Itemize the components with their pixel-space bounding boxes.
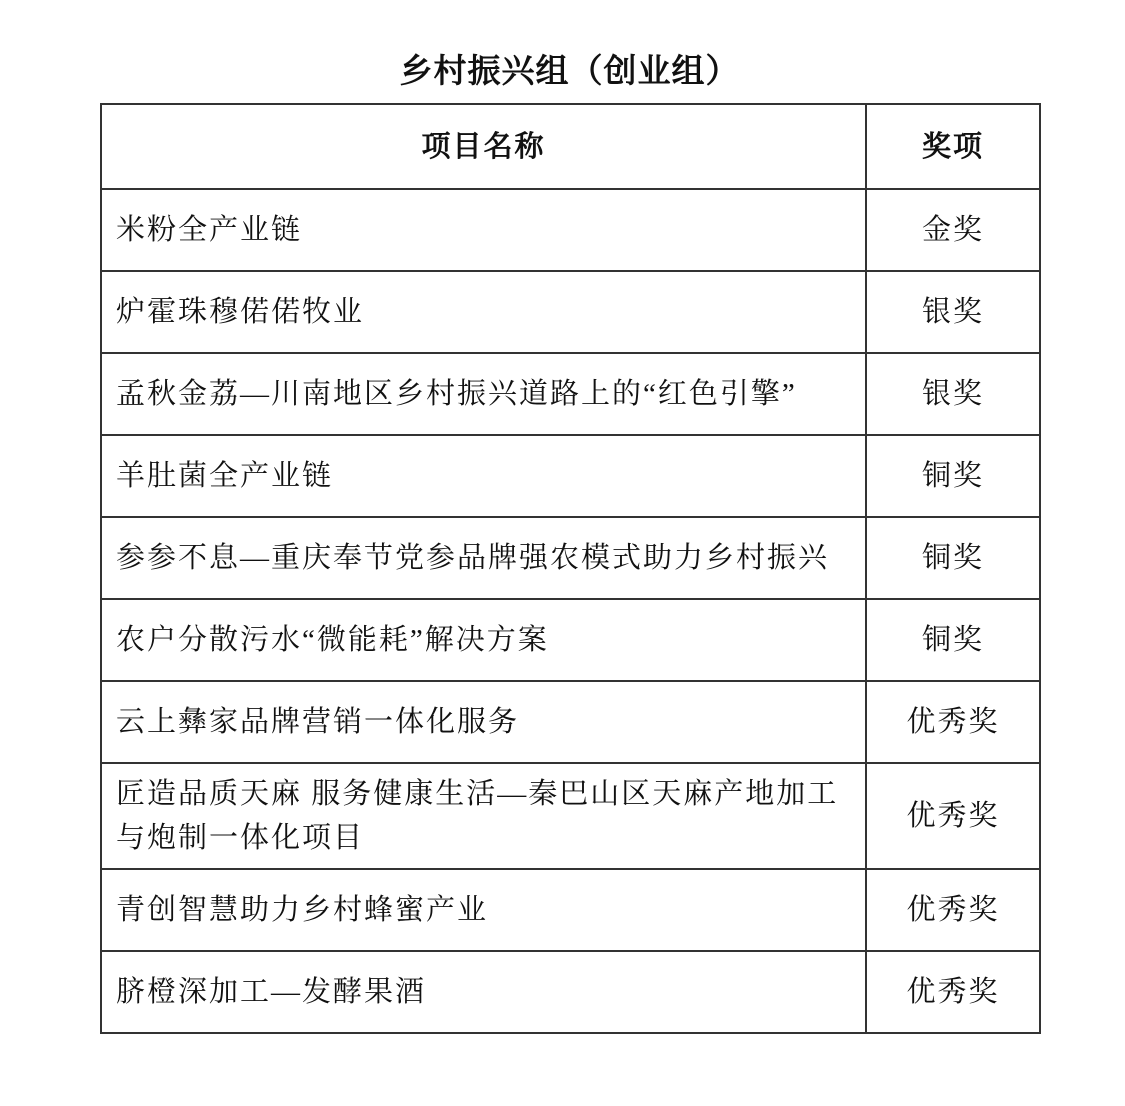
table-row: 云上彝家品牌营销一体化服务 优秀奖	[101, 681, 1040, 763]
project-name-cell: 羊肚菌全产业链	[101, 435, 866, 517]
award-cell: 铜奖	[866, 435, 1040, 517]
project-name-cell: 参参不息—重庆奉节党参品牌强农模式助力乡村振兴	[101, 517, 866, 599]
project-name-cell: 匠造品质天麻 服务健康生活—秦巴山区天麻产地加工与炮制一体化项目	[101, 763, 866, 869]
table-row: 农户分散污水“微能耗”解决方案 铜奖	[101, 599, 1040, 681]
table-row: 匠造品质天麻 服务健康生活—秦巴山区天麻产地加工与炮制一体化项目 优秀奖	[101, 763, 1040, 869]
table-row: 参参不息—重庆奉节党参品牌强农模式助力乡村振兴 铜奖	[101, 517, 1040, 599]
award-cell: 银奖	[866, 353, 1040, 435]
award-cell: 优秀奖	[866, 951, 1040, 1033]
awards-table: 项目名称 奖项 米粉全产业链 金奖 炉霍珠穆偌偌牧业 银奖 孟秋金荔—川南地区乡…	[100, 103, 1041, 1034]
table-row: 炉霍珠穆偌偌牧业 银奖	[101, 271, 1040, 353]
document-page: 乡村振兴组（创业组） 项目名称 奖项 米粉全产业链 金奖 炉霍珠穆偌偌牧业	[0, 0, 1125, 1106]
table-row: 孟秋金荔—川南地区乡村振兴道路上的“红色引擎” 银奖	[101, 353, 1040, 435]
project-name-cell: 云上彝家品牌营销一体化服务	[101, 681, 866, 763]
table-row: 青创智慧助力乡村蜂蜜产业 优秀奖	[101, 869, 1040, 951]
project-name-cell: 米粉全产业链	[101, 189, 866, 271]
column-header-project: 项目名称	[101, 104, 866, 189]
award-cell: 铜奖	[866, 517, 1040, 599]
project-name-cell: 农户分散污水“微能耗”解决方案	[101, 599, 866, 681]
project-name-cell: 脐橙深加工—发酵果酒	[101, 951, 866, 1033]
awards-document: 乡村振兴组（创业组） 项目名称 奖项 米粉全产业链 金奖 炉霍珠穆偌偌牧业	[100, 0, 1039, 1034]
page-title: 乡村振兴组（创业组）	[100, 52, 1039, 90]
column-header-award: 奖项	[866, 104, 1040, 189]
project-name-cell: 炉霍珠穆偌偌牧业	[101, 271, 866, 353]
project-name-cell: 青创智慧助力乡村蜂蜜产业	[101, 869, 866, 951]
award-cell: 优秀奖	[866, 681, 1040, 763]
project-name-cell: 孟秋金荔—川南地区乡村振兴道路上的“红色引擎”	[101, 353, 866, 435]
table-row: 米粉全产业链 金奖	[101, 189, 1040, 271]
award-cell: 铜奖	[866, 599, 1040, 681]
award-cell: 优秀奖	[866, 763, 1040, 869]
award-cell: 金奖	[866, 189, 1040, 271]
table-row: 脐橙深加工—发酵果酒 优秀奖	[101, 951, 1040, 1033]
award-cell: 优秀奖	[866, 869, 1040, 951]
table-header-row: 项目名称 奖项	[101, 104, 1040, 189]
award-cell: 银奖	[866, 271, 1040, 353]
table-row: 羊肚菌全产业链 铜奖	[101, 435, 1040, 517]
